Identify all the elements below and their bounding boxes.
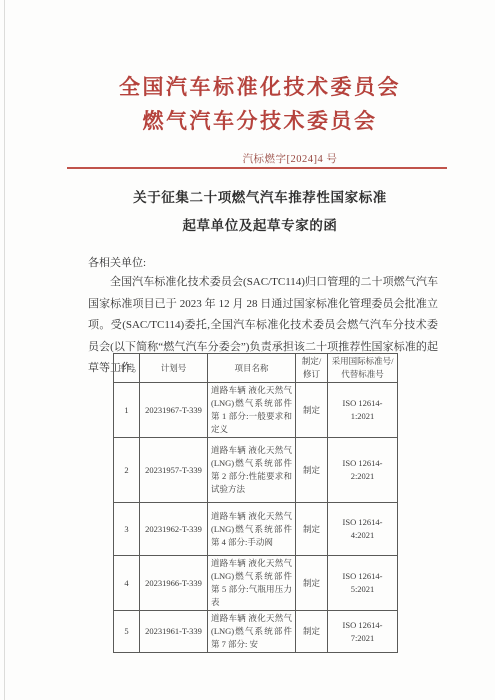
standards-table-body: 120231967-T-339道路车辆 液化天然气(LNG)燃气系统部件 第 1…	[114, 383, 398, 653]
letter-subject-line1: 关于征集二十项燃气汽车推荐性国家标准	[80, 184, 440, 212]
row-plan-no: 20231957-T-339	[140, 438, 208, 503]
row-project-name: 道路车辆 液化天然气(LNG)燃气系统部件 第 5 部分:气瓶用压力表	[208, 556, 296, 611]
row-draft-type: 制定	[296, 611, 328, 653]
table-row: 520231961-T-339道路车辆 液化天然气(LNG)燃气系统部件 第 7…	[114, 611, 398, 653]
scanned-document-page: { "colors": { "title_red": "#b5423c", "d…	[0, 0, 495, 700]
red-divider-rule	[67, 167, 447, 169]
row-draft-type: 制定	[296, 383, 328, 438]
table-row: 220231957-T-339道路车辆 液化天然气(LNG)燃气系统部件 第 2…	[114, 438, 398, 503]
row-serial-no: 3	[114, 503, 140, 556]
row-plan-no: 20231961-T-339	[140, 611, 208, 653]
header-serial-no: 序号	[114, 354, 140, 383]
salutation: 各相关单位:	[88, 254, 438, 270]
standards-table: 序号 计划号 项目名称 制定/修订 采用国际标准号/代替标准号 12023196…	[113, 353, 398, 653]
row-project-name: 道路车辆 液化天然气(LNG)燃气系统部件 第 4 部分:手动阀	[208, 503, 296, 556]
row-plan-no: 20231966-T-339	[140, 556, 208, 611]
row-project-name: 道路车辆 液化天然气(LNG)燃气系统部件 第 1 部分:一般要求和定义	[208, 383, 296, 438]
table-row: 120231967-T-339道路车辆 液化天然气(LNG)燃气系统部件 第 1…	[114, 383, 398, 438]
committee-title: 全国汽车标准化技术委员会 燃气汽车分技术委员会	[68, 70, 452, 138]
letter-subject-line2: 起草单位及起草专家的函	[80, 212, 440, 240]
header-project-name: 项目名称	[208, 354, 296, 383]
header-draft-type: 制定/修订	[296, 354, 328, 383]
row-intl-standard: ISO 12614-5:2021	[328, 556, 398, 611]
row-draft-type: 制定	[296, 438, 328, 503]
row-draft-type: 制定	[296, 556, 328, 611]
committee-title-line1: 全国汽车标准化技术委员会	[68, 70, 452, 104]
row-intl-standard: ISO 12614-2:2021	[328, 438, 398, 503]
scan-page-edge	[4, 0, 5, 700]
row-serial-no: 1	[114, 383, 140, 438]
table-row: 320231962-T-339道路车辆 液化天然气(LNG)燃气系统部件 第 4…	[114, 503, 398, 556]
row-intl-standard: ISO 12614-4:2021	[328, 503, 398, 556]
letter-subject: 关于征集二十项燃气汽车推荐性国家标准 起草单位及起草专家的函	[80, 184, 440, 240]
row-plan-no: 20231962-T-339	[140, 503, 208, 556]
row-project-name: 道路车辆 液化天然气(LNG)燃气系统部件 第 2 部分:性能要求和试验方法	[208, 438, 296, 503]
table-header-row: 序号 计划号 项目名称 制定/修订 采用国际标准号/代替标准号	[114, 354, 398, 383]
document-number: 汽标燃字[2024]4 号	[110, 151, 470, 166]
document-page: 全国汽车标准化技术委员会 燃气汽车分技术委员会 汽标燃字[2024]4 号 关于…	[0, 0, 495, 700]
row-draft-type: 制定	[296, 503, 328, 556]
row-intl-standard: ISO 12614-1:2021	[328, 383, 398, 438]
row-serial-no: 5	[114, 611, 140, 653]
header-intl-standard: 采用国际标准号/代替标准号	[328, 354, 398, 383]
row-serial-no: 2	[114, 438, 140, 503]
committee-title-line2: 燃气汽车分技术委员会	[68, 104, 452, 138]
row-plan-no: 20231967-T-339	[140, 383, 208, 438]
table-row: 420231966-T-339道路车辆 液化天然气(LNG)燃气系统部件 第 5…	[114, 556, 398, 611]
row-serial-no: 4	[114, 556, 140, 611]
header-plan-no: 计划号	[140, 354, 208, 383]
row-intl-standard: ISO 12614-7:2021	[328, 611, 398, 653]
row-project-name: 道路车辆 液化天然气(LNG)燃气系统部件 第 7 部分: 安	[208, 611, 296, 653]
